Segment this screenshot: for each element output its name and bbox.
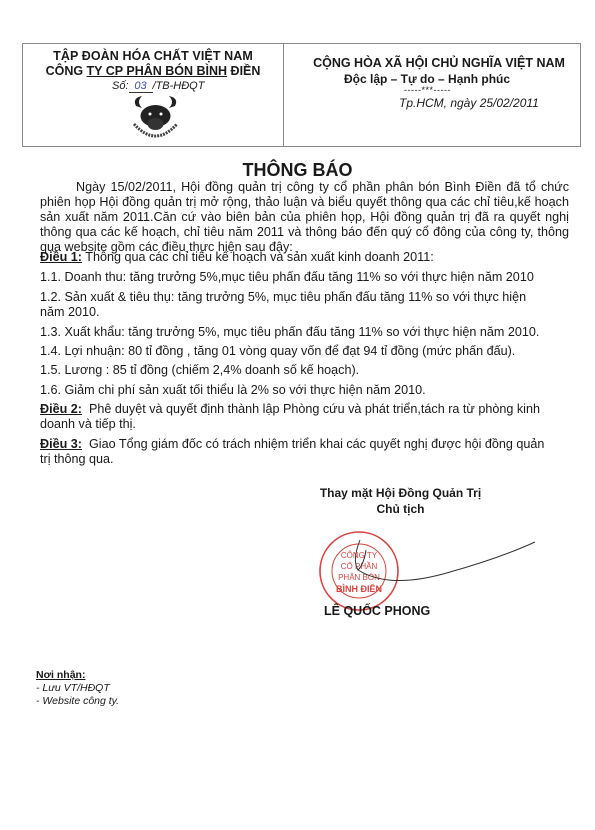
article-2-text: Phê duyệt và quyết định thành lập Phòng …	[82, 402, 540, 416]
recipient-item: - Lưu VT/HĐQT	[36, 682, 110, 694]
on-behalf-label: Thay mặt Hội Đồng Quản Trị	[298, 486, 503, 500]
parent-org: TẬP ĐOÀN HÓA CHẤT VIỆT NAM	[23, 49, 283, 63]
article-1-label: Điều 1:	[40, 250, 82, 264]
article-3: Điều 3: Giao Tổng giám đốc có trách nhiệ…	[40, 437, 544, 451]
article-3-text: Giao Tổng giám đốc có trách nhiệm triển …	[82, 437, 544, 451]
list-item: 1.3. Xuất khẩu: tăng trưởng 5%, mục tiêu…	[40, 325, 539, 339]
doc-no-label: Số:	[112, 80, 129, 92]
separator: -----***-----	[404, 85, 451, 95]
list-item: 1.6. Giảm chi phí sản xuất tối thiểu là …	[40, 383, 426, 397]
date-line: Tp.HCM, ngày 25/02/2011	[399, 96, 539, 110]
company-name: CÔNG TY CP PHÂN BÓN BÌNH ĐIỀN	[23, 64, 283, 78]
intro-paragraph: Ngày 15/02/2011, Hội đồng quản trị công …	[40, 180, 569, 255]
list-item: 1.1. Doanh thu: tăng trưởng 5%,mục tiêu …	[40, 270, 534, 284]
doc-no-value: 03	[129, 80, 153, 93]
article-1-text: Thông qua các chỉ tiêu kế hoạch và sản x…	[82, 250, 434, 264]
signer-name: LÊ QUỐC PHONG	[324, 604, 430, 618]
signature-stroke-icon	[330, 530, 540, 600]
article-2-continuation: doanh và tiếp thị.	[40, 417, 136, 431]
company-name-prefix: CÔNG	[46, 64, 87, 78]
national-heading: CỘNG HÒA XÃ HỘI CHỦ NGHĨA VIỆT NAM Độc l…	[284, 44, 580, 146]
document-title: THÔNG BÁO	[0, 160, 595, 181]
republic-title: CỘNG HÒA XÃ HỘI CHỦ NGHĨA VIỆT NAM	[284, 56, 580, 70]
article-3-label: Điều 3:	[40, 437, 82, 451]
company-name-suffix: ĐIỀN	[227, 64, 260, 78]
recipients-label: Nơi nhận:	[36, 669, 85, 681]
doc-no-suffix: /TB-HĐQT	[153, 80, 205, 92]
list-item: 1.5. Lương : 85 tỉ đồng (chiếm 2,4% doan…	[40, 363, 359, 377]
company-name-underlined: TY CP PHÂN BÓN BÌNH	[87, 64, 228, 78]
article-2: Điều 2: Phê duyệt và quyết định thành lậ…	[40, 402, 540, 416]
issuer-block: TẬP ĐOÀN HÓA CHẤT VIỆT NAM CÔNG TY CP PH…	[23, 44, 284, 146]
position-label: Chủ tịch	[298, 502, 503, 516]
article-1-heading: Điều 1: Thông qua các chỉ tiêu kế hoạch …	[40, 250, 434, 264]
buffalo-logo-icon	[128, 94, 183, 144]
list-item: 1.2. Sản xuất & tiêu thụ: tăng trưởng 5%…	[40, 290, 526, 304]
list-item-continuation: năm 2010.	[40, 305, 100, 319]
list-item: 1.4. Lợi nhuận: 80 tỉ đồng , tăng 01 vòn…	[40, 344, 515, 358]
article-2-label: Điều 2:	[40, 402, 82, 416]
document-number: Số:03/TB-HĐQT	[112, 80, 204, 93]
article-3-continuation: trị thông qua.	[40, 452, 114, 466]
recipient-item: - Website công ty.	[36, 695, 119, 707]
header-box: TẬP ĐOÀN HÓA CHẤT VIỆT NAM CÔNG TY CP PH…	[22, 43, 581, 147]
national-motto: Độc lập – Tự do – Hạnh phúc	[344, 72, 510, 86]
